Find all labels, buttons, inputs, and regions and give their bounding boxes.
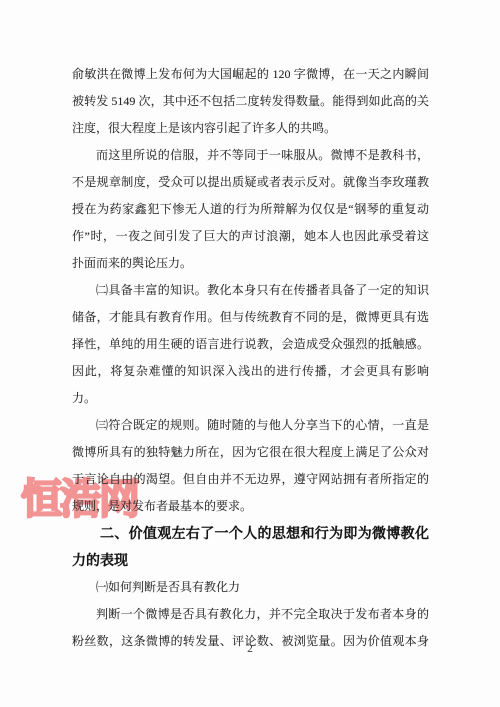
text-line: 因此，将复杂难懂的知识深入浅出的进行传播，才会更具有影响: [72, 358, 429, 385]
text-line: 力。: [72, 385, 429, 412]
text-line: 规则，是对发布者最基本的要求。: [72, 493, 429, 520]
page-number: 2: [0, 643, 500, 655]
text-line: 被转发 5149 次，其中还不包括二度转发得数量。能得到如此高的关: [72, 88, 429, 115]
text-line: 授在为药家鑫犯下惨无人道的行为所辩解为仅仅是“钢琴的重复动: [72, 196, 429, 223]
text-column: 俞敏洪在微博上发布何为大国崛起的 120 字微博，在一天之内瞬间被转发 5149…: [72, 61, 429, 655]
paragraph: ㈠如何判断是否具有教化力: [72, 574, 429, 601]
paragraph: ㈢符合既定的规则。随时随的与他人分享当下的心情，一直是微博所具有的独特魅力所在，…: [72, 412, 429, 520]
text-line: 储备，才能具有教育作用。但与传统教育不同的是，微博更具有选: [72, 304, 429, 331]
text-line: 择性，单纯的用生硬的语言进行说教，会造成受众强烈的抵触感。: [72, 331, 429, 358]
text-line: ㈡具备丰富的知识。教化本身只有在传播者具备了一定的知识: [72, 277, 429, 304]
text-line: 判断一个微博是否具有教化力，并不完全取决于发布者本身的: [72, 601, 429, 628]
paragraph: 俞敏洪在微博上发布何为大国崛起的 120 字微博，在一天之内瞬间被转发 5149…: [72, 61, 429, 142]
text-line: 微博所具有的独特魅力所在，因为它很在很大程度上满足了公众对: [72, 439, 429, 466]
text-line: 不是规章制度，受众可以提出质疑或者表示反对。就像当李玫瑾教: [72, 169, 429, 196]
paragraph: ㈡具备丰富的知识。教化本身只有在传播者具备了一定的知识储备，才能具有教育作用。但…: [72, 277, 429, 412]
text-line: 而这里所说的信服，并不等同于一味服从。微博不是教科书，: [72, 142, 429, 169]
text-line: 注度，很大程度上是该内容引起了许多人的共鸣。: [72, 115, 429, 142]
document-page: 恒浩网 俞敏洪在微博上发布何为大国崛起的 120 字微博，在一天之内瞬间被转发 …: [0, 0, 500, 707]
text-line: 于言论自由的渴望。但自由并不无边界，遵守网站拥有者所指定的: [72, 466, 429, 493]
text-line: ㈢符合既定的规则。随时随的与他人分享当下的心情，一直是: [72, 412, 429, 439]
heading-line: 二、价值观左右了一个人的思想和行为即为微博教化: [72, 520, 429, 547]
text-line: 扑面而来的舆论压力。: [72, 250, 429, 277]
paragraph: 而这里所说的信服，并不等同于一味服从。微博不是教科书，不是规章制度，受众可以提出…: [72, 142, 429, 277]
text-line: 作”时，一夜之间引发了巨大的声讨浪潮，她本人也因此承受着这: [72, 223, 429, 250]
text-line: 俞敏洪在微博上发布何为大国崛起的 120 字微博，在一天之内瞬间: [72, 61, 429, 88]
heading-line: 力的表现: [72, 547, 429, 574]
section-heading: 二、价值观左右了一个人的思想和行为即为微博教化力的表现: [72, 520, 429, 574]
text-line: ㈠如何判断是否具有教化力: [72, 574, 429, 601]
